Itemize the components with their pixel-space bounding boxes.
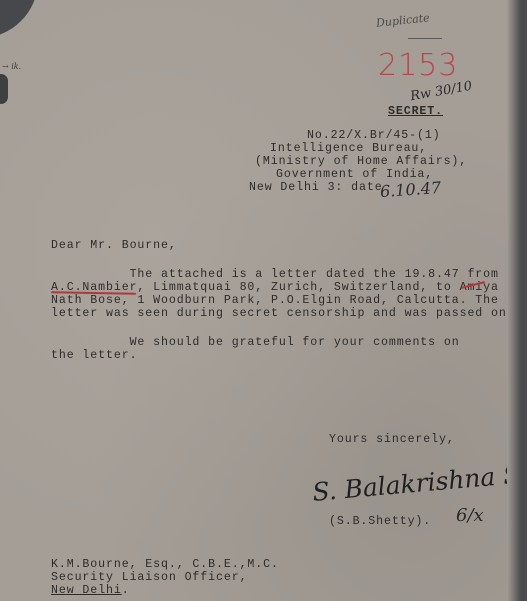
para2-line-2: the letter.: [51, 348, 137, 363]
recipient-city-suffix: .: [122, 584, 130, 597]
salutation: Dear Mr. Bourne,: [51, 238, 177, 253]
duplicate-note: Duplicate: [375, 11, 430, 30]
recipient-line-3: New Delhi.: [51, 583, 130, 598]
punch-hole: [0, 74, 8, 104]
handwritten-date: 6.10.47: [379, 178, 441, 201]
duplicate-underline: [408, 38, 442, 39]
margin-mark: → ik.: [2, 62, 21, 71]
signature: S. Balakrishna Shetty: [311, 454, 527, 507]
file-number: 2153: [378, 48, 458, 83]
typed-name: (S.B.Shetty).: [329, 514, 431, 529]
classification-label: SECRET.: [388, 104, 443, 119]
torn-corner: [0, 0, 38, 38]
letter-page: Duplicate 2153 Rw 30/10 → ik. SECRET. No…: [0, 0, 513, 601]
recipient-city: New Delhi: [51, 584, 122, 597]
para1-line-4: letter was seen during secret censorship…: [51, 306, 515, 321]
signature-date: 6/x: [456, 505, 484, 526]
page-edge-shadow: [507, 0, 527, 601]
place-date: New Delhi 3: date: [249, 180, 383, 195]
closing: Yours sincerely,: [329, 432, 455, 447]
